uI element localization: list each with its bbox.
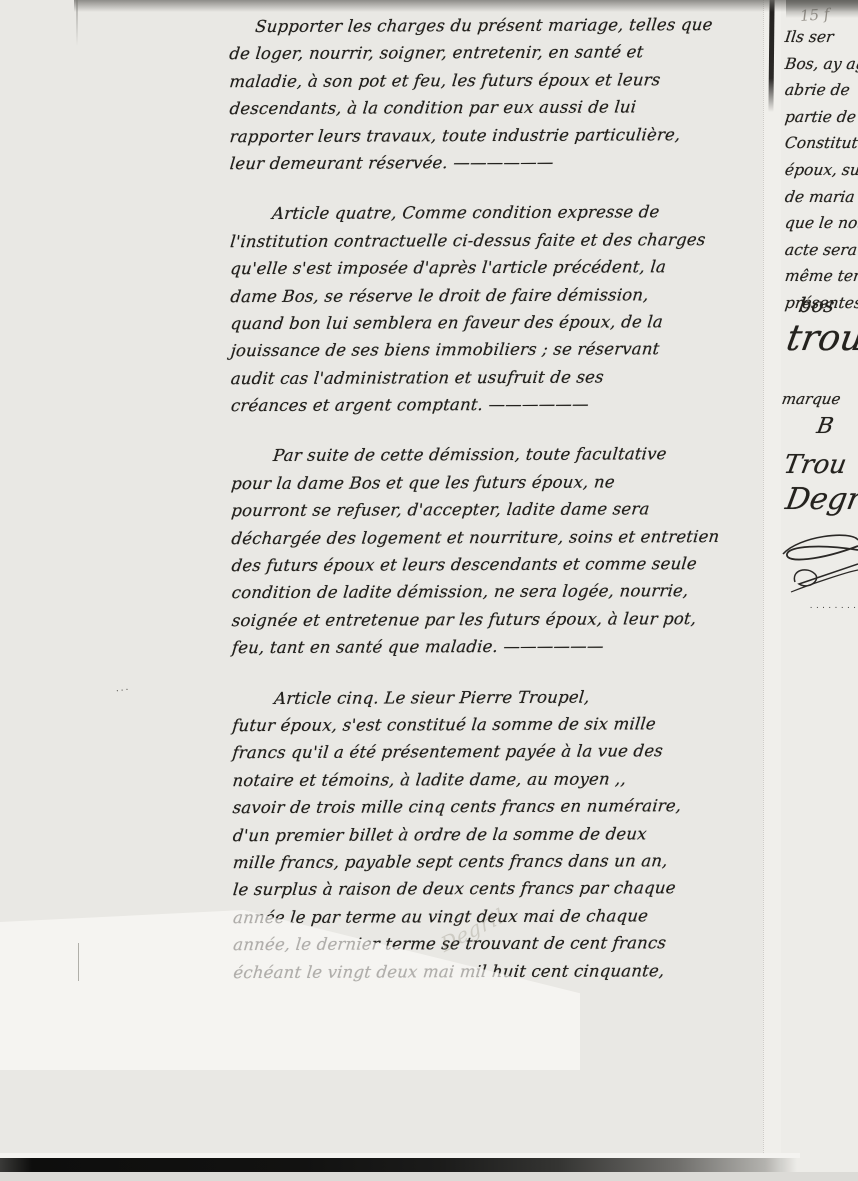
text-line: savoir de trois mille cinq cents francs … [231, 792, 758, 822]
text-line: le surplus à raison de deux cents francs… [232, 874, 759, 904]
text-line-fragment: abrie de [783, 77, 858, 104]
paragraph-charges: Supporter les charges du présent mariage… [228, 11, 753, 178]
micro-print-row: ········· [809, 604, 858, 612]
text-line: créances et argent comptant. —————— [230, 390, 757, 420]
text-line-fragment: Bos, ay ag [783, 51, 858, 78]
text-line: maladie, à son pot et feu, les futurs ép… [228, 66, 755, 96]
text-line-fragment: partie de [783, 104, 858, 131]
adjacent-page-text: Ils ser Bos, ay ag abrie de partie de Co… [785, 24, 858, 317]
scan-bottom-shadow-bar [0, 1158, 797, 1172]
text-line: rapporter leurs travaux, toute industrie… [228, 120, 755, 150]
text-line: mille francs, payable sept cents francs … [232, 847, 759, 877]
scan-corner-shade [786, 0, 858, 18]
signature-marque-label: marque [781, 390, 842, 408]
signature-degrange: Degr [783, 482, 858, 517]
text-line: Supporter les charges du présent mariage… [228, 11, 755, 41]
document-scan: Supporter les charges du présent mariage… [0, 0, 858, 1181]
paragraph-demission: Par suite de cette démission, toute facu… [230, 440, 755, 661]
text-line: pourront se refuser, d'accepter, ladite … [230, 495, 757, 525]
scan-bottom-margin [0, 1172, 858, 1181]
text-line: l'institution contractuelle ci-dessus fa… [229, 226, 756, 256]
text-line-fragment: acte sera t [783, 237, 858, 264]
text-line: quand bon lui semblera en faveur des épo… [229, 308, 756, 338]
text-line-fragment: Constitut [783, 130, 858, 157]
text-line: dame Bos, se réserve le droit de faire d… [229, 280, 756, 310]
manuscript-text-block: Supporter les charges du présent mariage… [228, 11, 756, 1009]
text-line: jouissance de ses biens immobiliers ; se… [229, 335, 756, 365]
text-line: soignée et entretenue par les futurs épo… [231, 605, 758, 635]
text-line: déchargée des logement et nourriture, so… [230, 522, 757, 552]
scan-edge-shadow-top [74, 0, 858, 12]
text-line: d'un premier billet à ordre de la somme … [231, 819, 758, 849]
text-line: notaire et témoins, à ladite dame, au mo… [231, 765, 758, 795]
text-line: descendants, à la condition par eux auss… [228, 93, 755, 123]
scan-scratch-mark [78, 943, 79, 981]
paper-fold-line [76, 0, 78, 46]
text-line-fragment: de maria [783, 184, 858, 211]
text-line-fragment: que le nota [783, 210, 858, 237]
text-line: audit cas l'administration et usufruit d… [229, 363, 756, 393]
text-line: futur époux, s'est constitué la somme de… [231, 710, 758, 740]
text-line: des futurs époux et leurs descendants et… [230, 550, 757, 580]
signature-troupel: trou [783, 318, 858, 359]
text-line-fragment: même tem [783, 263, 858, 290]
text-line-fragment: Ils ser [783, 24, 858, 51]
text-line: feu, tant en santé que maladie. —————— [231, 632, 758, 662]
text-line: qu'elle s'est imposée d'après l'article … [229, 253, 756, 283]
paragraph-article-quatre: Article quatre, Comme condition expresse… [229, 198, 754, 419]
text-line: francs qu'il a été présentement payée à … [231, 737, 758, 767]
signature-initial: B [815, 414, 836, 439]
main-page: Supporter les charges du présent mariage… [0, 0, 766, 1181]
text-line: condition de ladite démission, ne sera l… [230, 577, 757, 607]
text-line: Article cinq. Le sieur Pierre Troupel, [231, 682, 758, 712]
text-line: pour la dame Bos et que les futurs époux… [230, 468, 757, 498]
text-line: de loger, nourrir, soigner, entretenir, … [228, 38, 755, 68]
text-line: Par suite de cette démission, toute facu… [230, 440, 757, 470]
adjacent-page-edge: 15 f Ils ser Bos, ay ag abrie de partie … [781, 0, 858, 1181]
text-line-fragment: époux, su [783, 157, 858, 184]
text-line: leur demeurant réservée. —————— [229, 148, 756, 178]
signature-bos: bos [797, 293, 836, 317]
page-gutter [763, 0, 783, 1181]
ink-speck-marks: ··· [115, 685, 131, 697]
text-line: Article quatre, Comme condition expresse… [229, 198, 756, 228]
signature-troupel-2: Trou [781, 450, 848, 480]
